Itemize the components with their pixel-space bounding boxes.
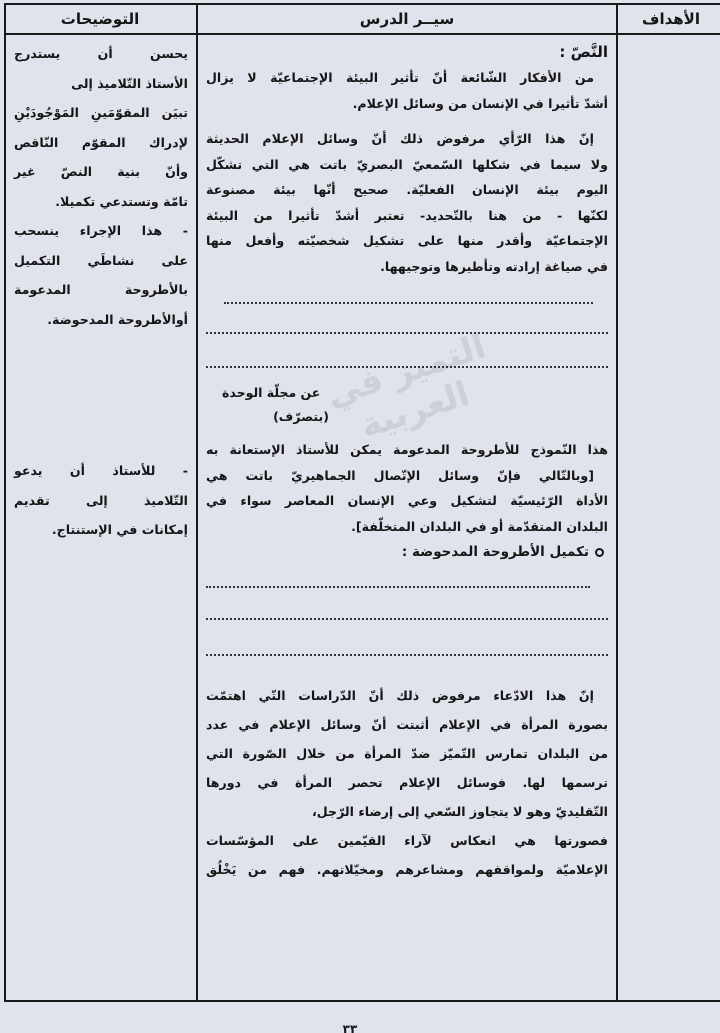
note-line: بالأطروحة المدعومة [14, 275, 188, 305]
refuted-thesis-title-text: تكميل الأطروحة المدحوضة : [402, 544, 589, 560]
header-notes: التوضيحات [4, 5, 196, 33]
note-block-1: يحسن أن يستدرج الأستاذ التّلاميذ إلى تبي… [14, 39, 188, 216]
table-header-row: الأهداف سيــر الدرس التوضيحات [4, 5, 720, 35]
note-line: تامّة وتستدعي تكميلا. [14, 187, 188, 217]
paragraph-line: ترسمها لها. فوسائل الإعلام تحصر المرأة ف… [206, 768, 608, 797]
fill-in-blank-line[interactable] [206, 585, 590, 588]
fill-in-blank-line[interactable] [206, 617, 608, 620]
note-line: تبيَن المقوّمَينِ المَوْجُودَيْنِ [14, 98, 188, 128]
paragraph-line: إنّ هذا الرّأي مرفوض ذلك أنّ وسائل الإعل… [206, 126, 608, 152]
paragraph-line: إنّ هذا الادّعاء مرفوض ذلك أنّ الدّراسات… [206, 681, 608, 710]
source-block: عن مجلّة الوحدة (بتصرّف) [206, 377, 608, 435]
source-adaptation-note: (بتصرّف) [218, 405, 354, 429]
supported-thesis-block: هذا النّموذج للأطروحة المدعومة يمكن للأس… [206, 437, 608, 539]
lesson-table: الأهداف سيــر الدرس التوضيحات النَّصّ : … [4, 3, 720, 1002]
note-line: على نشاطَي التكميل [14, 246, 188, 276]
objectives-column [618, 35, 720, 1000]
paragraph-line: الإجتماعيّة وأقدر منها على تشكيل شخصيّته… [206, 228, 608, 254]
paragraph-line: من الأفكار الشّائعة أنّ تأثير البيئة الإ… [206, 65, 608, 91]
note-line: الأستاذ التّلاميذ إلى [14, 69, 188, 99]
notes-column: يحسن أن يستدرج الأستاذ التّلاميذ إلى تبي… [4, 35, 196, 1000]
fill-in-blank-line[interactable] [206, 331, 608, 334]
paragraph-line: أشدّ تأثيرا في الإنسان من وسائل الإعلام. [206, 91, 608, 117]
note-line: وأنّ بنية النصّ غير [14, 157, 188, 187]
note-line: لإدراك المقوّم النّاقص [14, 128, 188, 158]
blank-line-wrapper [206, 279, 608, 309]
blank-line-wrapper [206, 631, 608, 667]
bullet-icon [595, 548, 604, 557]
note-block-3: - للأستاذ أن يدعو التّلاميذ إلى تقديم إم… [14, 456, 188, 545]
paragraph-line: فصورتها هي انعكاس لآراء القيّمين على الم… [206, 826, 608, 855]
blank-line-wrapper [206, 565, 608, 595]
paragraph-line: اليوم بيئة الإنسان الفعليّة. صحيح أنّها … [206, 177, 608, 203]
paragraph-2: إنّ هذا الرّأي مرفوض ذلك أنّ وسائل الإعل… [206, 126, 608, 279]
fill-in-blank-line[interactable] [224, 301, 593, 304]
source-citation: عن مجلّة الوحدة (بتصرّف) [218, 381, 358, 429]
note-line: إمكانات في الإستنتاج. [14, 515, 188, 545]
paragraph-line: من البلدان تمارس التّميّز ضدّ المرأة من … [206, 739, 608, 768]
note-block-2: - هذا الإجراء ينسحب على نشاطَي التكميل ب… [14, 216, 188, 334]
header-lesson-flow: سيــر الدرس [198, 5, 616, 33]
lesson-flow-column: النَّصّ : من الأفكار الشّائعة أنّ تأثير … [198, 35, 616, 1000]
blank-line-wrapper [206, 595, 608, 631]
document-page: التميز في العربية الأهداف سيــر الدرس ال… [0, 0, 720, 1033]
paragraph-line: الأداة الرّئيسيّة لتشكيل وعي الإنسان الم… [206, 488, 608, 514]
source-name: عن مجلّة الوحدة [218, 381, 354, 405]
paragraph-line: في صياغة إرادته وتأطيرها وتوجيهها. [206, 254, 608, 280]
refuted-thesis-title: تكميل الأطروحة المدحوضة : [206, 539, 604, 565]
paragraph-line: التّقليديّ وهو لا يتجاوز السّعي إلى إرضا… [206, 797, 608, 826]
note-line: - هذا الإجراء ينسحب [14, 216, 188, 246]
paragraph-line: بصورة المرأة في الإعلام أثبتت أنّ وسائل … [206, 710, 608, 739]
blank-line-wrapper [206, 309, 608, 343]
header-objectives: الأهداف [618, 5, 720, 33]
supported-thesis-intro: هذا النّموذج للأطروحة المدعومة يمكن للأس… [206, 437, 608, 463]
note-line: يحسن أن يستدرج [14, 39, 188, 69]
paragraph-line: البلدان المتقدّمة أو في البلدان المتخلّف… [206, 514, 608, 540]
refuted-thesis-block: إنّ هذا الادّعاء مرفوض ذلك أنّ الدّراسات… [206, 681, 608, 884]
paragraph-1: من الأفكار الشّائعة أنّ تأثير البيئة الإ… [206, 65, 608, 116]
paragraph-line: لكنّها - من هنا بالتّحديد- تعتبر أشدّ تأ… [206, 203, 608, 229]
paragraph-line: [وبالتّالي فإنّ وسائل الإتّصال الجماهيري… [206, 463, 608, 489]
note-line: التّلاميذ إلى تقديم [14, 486, 188, 516]
text-title: النَّصّ : [206, 39, 608, 65]
page-number: ٣٣ [330, 1022, 370, 1033]
note-line: - للأستاذ أن يدعو [14, 456, 188, 486]
note-line: أوالأطروحة المدحوضة. [14, 305, 188, 335]
blank-line-wrapper [206, 343, 608, 377]
paragraph-line: الإعلاميّة ولمواقفهم ومشاعرهم ومخيّلاتهم… [206, 855, 608, 884]
paragraph-line: ولا سيما في شكلها السّمعيّ البصريّ باتت … [206, 152, 608, 178]
fill-in-blank-line[interactable] [206, 653, 608, 656]
fill-in-blank-line[interactable] [206, 365, 608, 368]
